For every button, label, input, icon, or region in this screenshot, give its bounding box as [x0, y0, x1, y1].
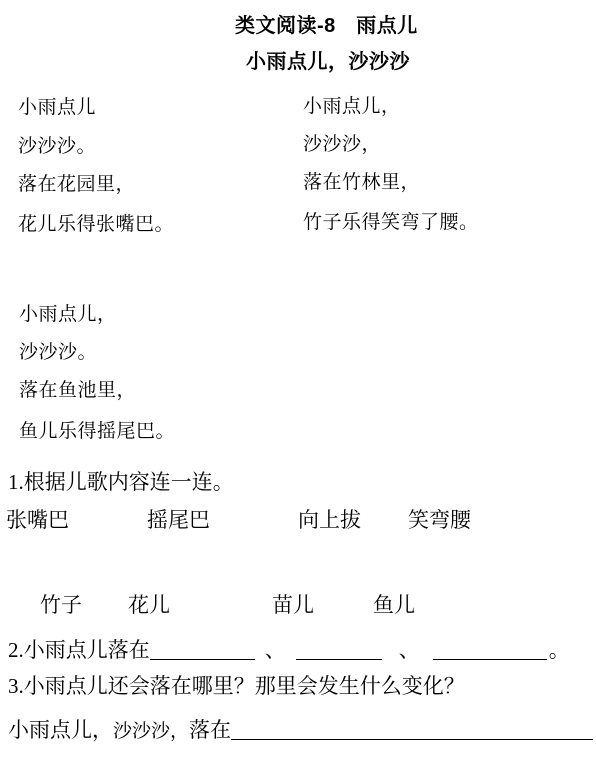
- poem-line: 落在花园里，: [18, 172, 135, 198]
- poem-line: 沙沙沙。: [18, 134, 96, 160]
- answer-prefix: 小雨点儿，: [8, 718, 113, 742]
- worksheet-page: 类文阅读-8 雨点儿 小雨点儿，沙沙沙 小雨点儿 沙沙沙。 落在花园里， 花儿乐…: [0, 0, 596, 770]
- poem-line: 沙沙沙。: [19, 340, 97, 366]
- poem-line: 小雨点儿，: [303, 94, 401, 120]
- match-word-bottom: 花儿: [128, 592, 170, 618]
- poem-line: 小雨点儿: [18, 95, 96, 121]
- poem-line: 竹子乐得笑弯了腰。: [303, 210, 479, 236]
- list-separator: 、: [265, 638, 286, 662]
- match-word-bottom: 苗儿: [272, 592, 314, 618]
- poem-line: 落在竹林里，: [303, 170, 420, 196]
- answer-blank-4[interactable]: [231, 738, 593, 740]
- question-1-label: 1.根据儿歌内容连一连。: [8, 469, 234, 495]
- answer-blank-1[interactable]: [150, 658, 255, 660]
- question-2-prefix: 2.小雨点儿落在: [8, 638, 150, 662]
- question-2: 2.小雨点儿落在、、。: [8, 637, 570, 663]
- match-word-top: 摇尾巴: [147, 507, 210, 533]
- poem-line: 沙沙沙，: [303, 132, 381, 158]
- poem-line: 花儿乐得张嘴巴。: [18, 212, 174, 238]
- poem-line: 鱼儿乐得摇尾巴。: [19, 419, 175, 445]
- page-subtitle: 小雨点儿，沙沙沙: [246, 49, 410, 75]
- question-3-label: 3.小雨点儿还会落在哪里？那里会发生什么变化？: [8, 673, 465, 699]
- question-2-suffix: 。: [549, 638, 570, 662]
- answer-blank-2[interactable]: [296, 658, 382, 660]
- answer-blank-3[interactable]: [433, 658, 547, 660]
- list-separator: 、: [399, 638, 420, 662]
- match-word-top: 笑弯腰: [408, 507, 471, 533]
- answer-prefix-kai: 沙沙沙，: [113, 721, 189, 742]
- match-word-top: 张嘴巴: [6, 507, 69, 533]
- question-3-answer-line: 小雨点儿，沙沙沙，落在。: [8, 717, 596, 745]
- poem-line: 小雨点儿，: [19, 302, 117, 328]
- match-word-top: 向上拔: [298, 507, 361, 533]
- poem-line: 落在鱼池里，: [19, 378, 136, 404]
- match-word-bottom: 鱼儿: [373, 592, 415, 618]
- answer-prefix: 落在: [189, 718, 231, 742]
- match-word-bottom: 竹子: [40, 592, 82, 618]
- page-title: 类文阅读-8 雨点儿: [235, 13, 418, 39]
